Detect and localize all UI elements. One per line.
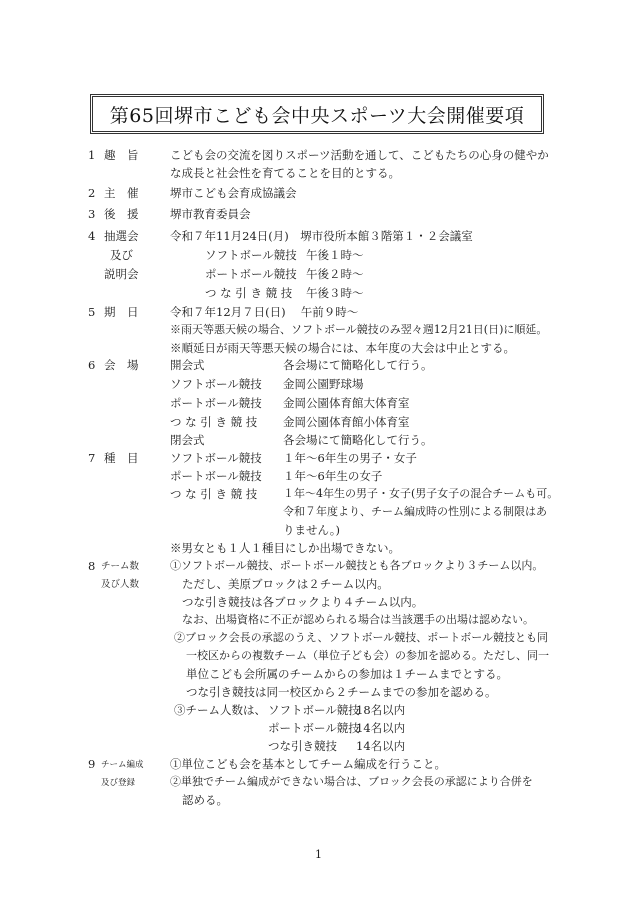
section-label: 会 場 (104, 358, 139, 372)
section-label-3: 説明会 (104, 267, 139, 281)
section-text: 単位こども会所属のチームからの参加は１チームまでとする。 (186, 667, 508, 681)
section-label: 主 催 (104, 186, 139, 200)
section-label-2: 及び人数 (101, 578, 139, 592)
section-text: こども会の交流を図りスポーツ活動を通して、こどもたちの心身の健やか (170, 148, 549, 162)
event-name: ポートボール競技 (170, 469, 262, 483)
section-text: ②ブロック会長の承認のうえ、ソフトボール競技、ポートボール競技とも同 (174, 631, 548, 645)
section-label: チーム数 (101, 560, 139, 574)
section-text: ①単位こども会を基本としてチーム編成を行うこと。 (170, 757, 446, 771)
event-desc: １年～6年生の女子 (283, 469, 382, 483)
section-number: 8 (88, 559, 95, 573)
members-count: 14名以内 (356, 721, 405, 735)
section-text: つな引き競技は同一校区から２チームまでの参加を認める。 (186, 685, 497, 699)
section-text: なお、出場資格に不正が認められる場合は当該選手の出場は認めない。 (182, 613, 534, 627)
schedule-time: 午後３時～ (306, 286, 364, 300)
schedule-time: 午後１時～ (306, 248, 364, 262)
section-note: ※雨天等悪天候の場合、ソフトボール競技のみ翌々週12月21日(日)に順延。 (170, 323, 547, 337)
section-text: 堺市教育委員会 (170, 207, 251, 221)
section-label: 種 目 (104, 451, 139, 465)
event-desc-cont: りません。) (283, 523, 340, 537)
section-text: ただし、美原ブロックは２チーム以内。 (182, 577, 389, 591)
section-note: ※順延日が雨天等悪天候の場合には、本年度の大会は中止とする。 (170, 341, 515, 355)
venue-name: ソフトボール競技 (170, 377, 262, 391)
schedule-event: ソフトボール競技 (205, 248, 297, 262)
schedule-event: つ な 引 き 競 技 (205, 286, 292, 300)
members-count: 18名以内 (356, 703, 405, 717)
section-number: 5 (88, 305, 95, 319)
venue-name: 閉会式 (170, 433, 205, 447)
venue-place: 金岡公園体育館大体育室 (283, 396, 410, 410)
section-text: 令和７年12月７日(日) 午前９時～ (170, 305, 358, 319)
members-count: 14名以内 (356, 739, 405, 753)
section-text: ①ソフトボール競技、ポートボール競技とも各ブロックより３チーム以内。 (170, 559, 543, 573)
schedule-time: 午後２時～ (306, 267, 364, 281)
section-text: つな引き競技は各ブロックより４チーム以内。 (182, 595, 423, 609)
section-label: 後 援 (104, 207, 139, 221)
section-text: 一校区からの複数チーム（単位子ども会）の参加を認める。ただし、同一 (186, 649, 549, 663)
event-desc: １年～4年生の男子・女子(男子女子の混合チームも可。 (283, 487, 558, 501)
section-number: 6 (88, 358, 95, 372)
venue-place: 金岡公園野球場 (283, 377, 364, 391)
section-number: 1 (88, 148, 95, 162)
members-event: ポートボール競技 (268, 721, 360, 735)
event-desc: １年～6年生の男子・女子 (283, 451, 417, 465)
event-note: ※男女とも１人１種目にしか出場できない。 (170, 541, 400, 555)
section-label-2: 及び登録 (101, 776, 135, 790)
section-text: な成長と社会性を育てることを目的とする。 (170, 166, 400, 180)
section-number: 2 (88, 186, 95, 200)
section-label: 期 日 (104, 305, 139, 319)
section-text: 堺市こども会育成協議会 (170, 186, 297, 200)
event-name: つ な 引 き 競 技 (170, 487, 257, 501)
members-event: つな引き競技 (268, 739, 337, 753)
event-desc-cont: 令和７年度より、チーム編成時の性別による制限はあ (283, 505, 547, 519)
venue-place: 各会場にて簡略化して行う。 (283, 358, 433, 372)
section-text: ②単独でチーム編成ができない場合は、ブロック会長の承認により合併を (170, 775, 533, 789)
section-text: 令和７年11月24日(月) 堺市役所本館３階第１・２会議室 (170, 229, 473, 243)
section-number: 9 (88, 757, 95, 771)
venue-place: 金岡公園体育館小体育室 (283, 415, 410, 429)
section-label-2: 及び (110, 248, 133, 262)
venue-place: 各会場にて簡略化して行う。 (283, 433, 433, 447)
document-title-box: 第65回堺市こども会中央スポーツ大会開催要項 (90, 94, 544, 134)
venue-name: 開会式 (170, 358, 205, 372)
members-event: ソフトボール競技 (268, 703, 360, 717)
section-number: 4 (88, 229, 95, 243)
section-text: 認める。 (182, 793, 228, 807)
document-title: 第65回堺市こども会中央スポーツ大会開催要項 (110, 101, 524, 128)
page-number: 1 (315, 848, 322, 861)
members-intro: ③チーム人数は、 (174, 703, 266, 717)
section-label: 抽選会 (104, 229, 139, 243)
event-name: ソフトボール競技 (170, 451, 262, 465)
venue-name: つ な 引 き 競 技 (170, 415, 257, 429)
section-number: 7 (88, 451, 95, 465)
section-label: チーム編成 (101, 758, 144, 772)
section-label: 趣 旨 (104, 148, 139, 162)
venue-name: ポートボール競技 (170, 396, 262, 410)
schedule-event: ポートボール競技 (205, 267, 297, 281)
section-number: 3 (88, 207, 95, 221)
